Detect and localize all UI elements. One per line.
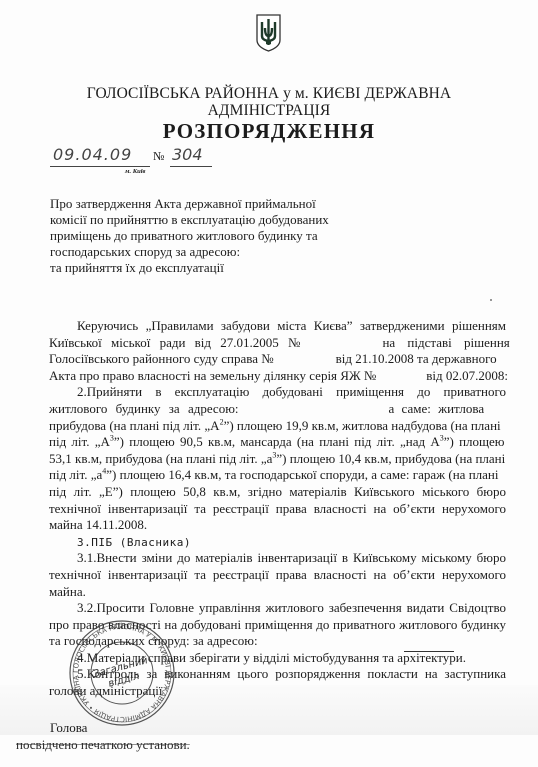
certification-note: посвідчено печаткою установи. [16,737,190,753]
text-run: 53,1 кв.м, прибудова (на плані під літ. … [49,451,272,466]
body-line: технічної інвентаризації та реєстрації п… [49,567,506,584]
number-sign: № [153,149,164,164]
date-underline [50,166,150,167]
date-number-line: 09.04.09 № 304 м. Київ [50,145,215,173]
body-line: під літ. „А3”) площею 90,5 кв.м, мансард… [49,434,506,451]
subject-line: господарських споруд за адресою: [50,244,329,260]
body-line: 3.2.Просити Головне управління житлового… [49,600,506,617]
text-run: на підставі рішення [382,335,509,350]
subject-line: Про затвердження Акта державної приймаль… [50,196,329,212]
subject-line: та прийняття їх до експлуатації [50,260,329,276]
text-run: від 02.07.2008: [426,368,508,383]
text-run: Голосіївського районного суду справа № [49,351,274,366]
body-line: 53,1 кв.м, прибудова (на плані під літ. … [49,451,506,468]
signature-title: Голова [50,720,87,736]
city-label: м. Київ [125,168,145,175]
document-title: РОЗПОРЯДЖЕННЯ [0,119,538,144]
text-run: а саме: житлова [389,401,485,416]
official-stamp: ГОЛОСІЇВСЬКА РАЙОННА У М. КИЄВІ ДЕРЖАВНА… [67,618,177,728]
text-run: прибудова (на плані під літ. „А [49,418,220,433]
scan-speck [490,299,492,301]
body-line: під літ. „Е”) площею 50,8 кв.м, згідно м… [49,484,506,501]
body-line: прибудова (на плані під літ. „А2”) площе… [49,418,506,435]
body-line: під літ. „а4”) площею 16,4 кв.м, та госп… [49,467,506,484]
body-line: Керуючись „Правилами забудови міста Києв… [49,318,506,335]
text-run: ”) площею 16,4 кв.м, та господарської сп… [106,467,498,482]
body-line: 3.ПІБ (Власника) [49,534,506,551]
text-run: від 21.10.2008 та державного [336,351,497,366]
body-line: Голосіївського районного суду справа №ві… [49,351,506,368]
organization-name: ГОЛОСІЇВСЬКА РАЙОННА у м. КИЄВІ ДЕРЖАВНА [0,85,538,103]
body-line: житлового будинку за адресою:а саме: жит… [49,401,506,418]
body-line: майна. [49,584,506,601]
organization-name-cont: АДМІНІСТРАЦІЯ [0,102,538,120]
owner-placeholder: 3.ПІБ (Власника) [77,536,191,549]
text-run: Акта про право власності на земельну діл… [49,368,376,383]
handwritten-number: 304 [172,145,203,164]
body-line: 3.1.Внести зміни до матеріалів інвентари… [49,550,506,567]
text-run: житлового будинку за адресою: [49,401,239,416]
body-line: технічної інвентаризації та реєстрації п… [49,501,506,518]
body-line: Акта про право власності на земельну діл… [49,368,506,385]
text-run: ”) площею 19,9 кв.м, житлова надбудова (… [224,418,501,433]
number-underline [170,166,212,167]
text-run: під літ. „А [49,434,110,449]
text-run: Київської міської ради від 27.01.2005 № [49,335,300,350]
subject-block: Про затвердження Акта державної приймаль… [50,196,329,276]
text-run: ”) площею 90,5 кв.м, мансарда (на плані … [114,434,440,449]
subject-line: комісії по прийняттю в експлуатацію добу… [50,212,329,228]
body-line: 2.Прийняти в експлуатацію добудовані при… [49,384,506,401]
text-run: ”) площею [444,434,505,449]
handwritten-date: 09.04.09 [53,145,132,164]
text-run: під літ. „а [49,467,102,482]
subject-line: приміщень до приватного житлового будинк… [50,228,329,244]
body-line: майна 14.11.2008. [49,517,506,534]
document-page: ГОЛОСІЇВСЬКА РАЙОННА у м. КИЄВІ ДЕРЖАВНА… [0,0,538,767]
body-line: Київської міської ради від 27.01.2005 №н… [49,335,506,352]
signature-stroke [404,651,454,652]
trident-coat-of-arms-icon [255,14,282,52]
text-run: ”) площею 10,4 кв.м, прибудова (на плані [276,451,505,466]
